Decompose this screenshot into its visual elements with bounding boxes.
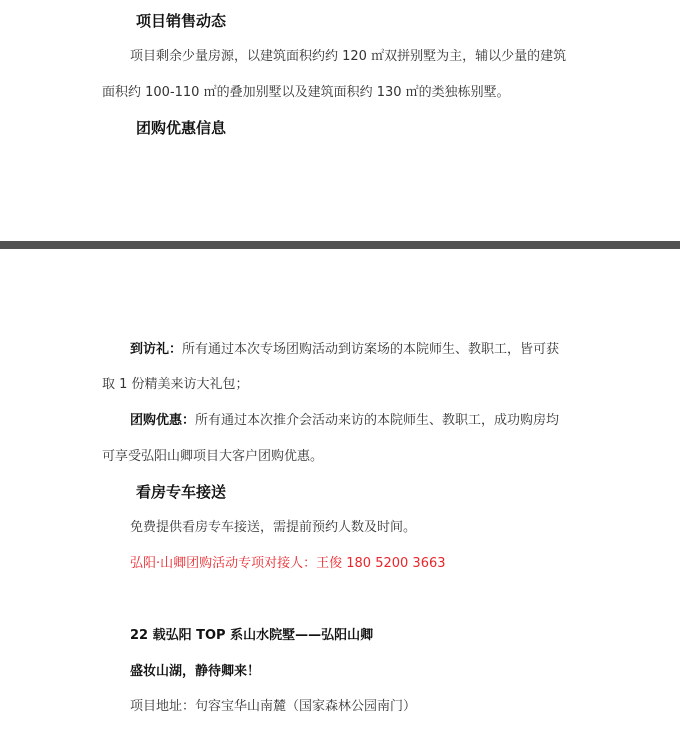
group-discount-line-2: 可享受弘阳山卿项目大客户团购优惠。	[102, 448, 323, 466]
contact-person-line: 弘阳·山卿团购活动专项对接人：王俊 180 5200 3663	[130, 555, 446, 573]
section-heading-group-offers: 团购优惠信息	[136, 118, 226, 138]
page-break-divider	[0, 241, 680, 249]
group-discount-label: 团购优惠：	[130, 413, 195, 428]
shuttle-description: 免费提供看房专车接送，需提前预约人数及时间。	[130, 519, 416, 537]
tagline-project-title: 22 载弘阳 TOP 系山水院墅——弘阳山卿	[130, 627, 373, 645]
visit-gift-text: 所有通过本次专场团购活动到访案场的本院师生、教职工，皆可获	[182, 342, 559, 357]
section-heading-sales: 项目销售动态	[136, 11, 226, 31]
visit-gift-line-2: 取 1 份精美来访大礼包；	[102, 376, 249, 394]
project-address: 项目地址：句容宝华山南麓（国家森林公园南门）	[130, 698, 416, 716]
group-discount-line-1: 团购优惠：所有通过本次推介会活动来访的本院师生、教职工，成功购房均	[130, 412, 559, 430]
group-discount-text: 所有通过本次推介会活动来访的本院师生、教职工，成功购房均	[195, 413, 559, 428]
visit-gift-label: 到访礼：	[130, 342, 182, 357]
tagline-slogan: 盛妆山湖，静待卿来！	[130, 663, 260, 681]
sales-paragraph-line-2: 面积约 100-110 ㎡的叠加别墅以及建筑面积约 130 ㎡的类独栋别墅。	[102, 84, 510, 102]
sales-paragraph-line-1: 项目剩余少量房源，以建筑面积约约 120 ㎡双拼别墅为主，辅以少量的建筑	[130, 48, 566, 66]
section-heading-shuttle: 看房专车接送	[136, 482, 226, 502]
visit-gift-line-1: 到访礼：所有通过本次专场团购活动到访案场的本院师生、教职工，皆可获	[130, 341, 559, 359]
